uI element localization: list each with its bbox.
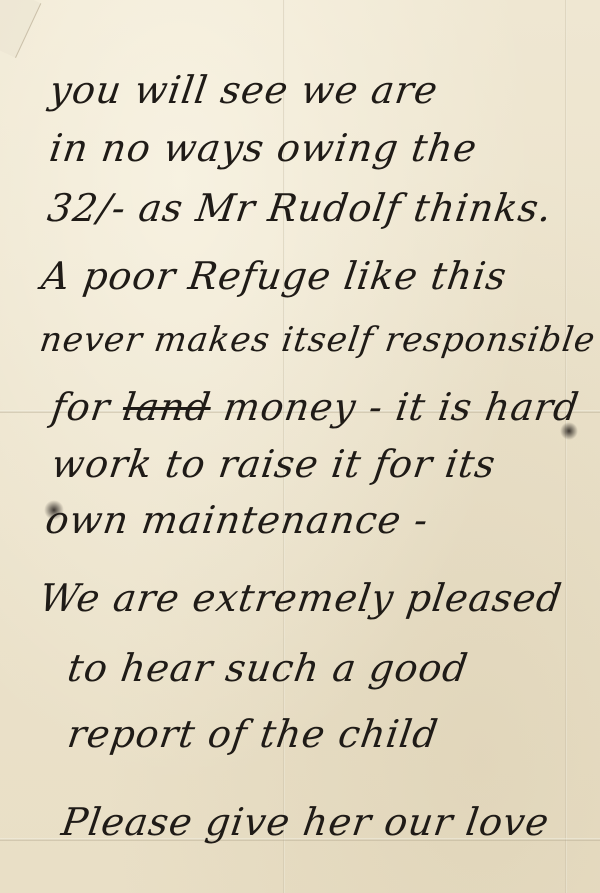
letter-line-2: in no ways owing the — [47, 126, 480, 170]
letter-line-6-pre: for — [49, 385, 126, 429]
letter-line-11: report of the child — [65, 712, 441, 756]
letter-line-1: you will see we are — [47, 68, 441, 112]
letter-line-10: to hear such a good — [65, 646, 471, 690]
letter-line-6-post: money - it is hard — [208, 385, 582, 429]
letter-line-6: for land money - it is hard — [49, 385, 582, 429]
corner-fold — [0, 0, 41, 58]
letter-line-3: 32/- as Mr Rudolf thinks. — [45, 186, 555, 230]
letter-line-4: A poor Refuge like this — [39, 254, 510, 298]
letter-page: you will see we are in no ways owing the… — [0, 0, 600, 893]
letter-line-9: We are extremely pleased — [37, 576, 565, 620]
letter-line-8: own maintenance - — [43, 498, 432, 542]
struck-word: land — [120, 385, 214, 429]
vertical-fold-crease-right — [565, 0, 567, 893]
letter-line-5: never makes itself responsible — [37, 320, 598, 360]
letter-line-12: Please give her our love — [59, 800, 552, 844]
letter-line-7: work to raise it for its — [49, 442, 499, 486]
